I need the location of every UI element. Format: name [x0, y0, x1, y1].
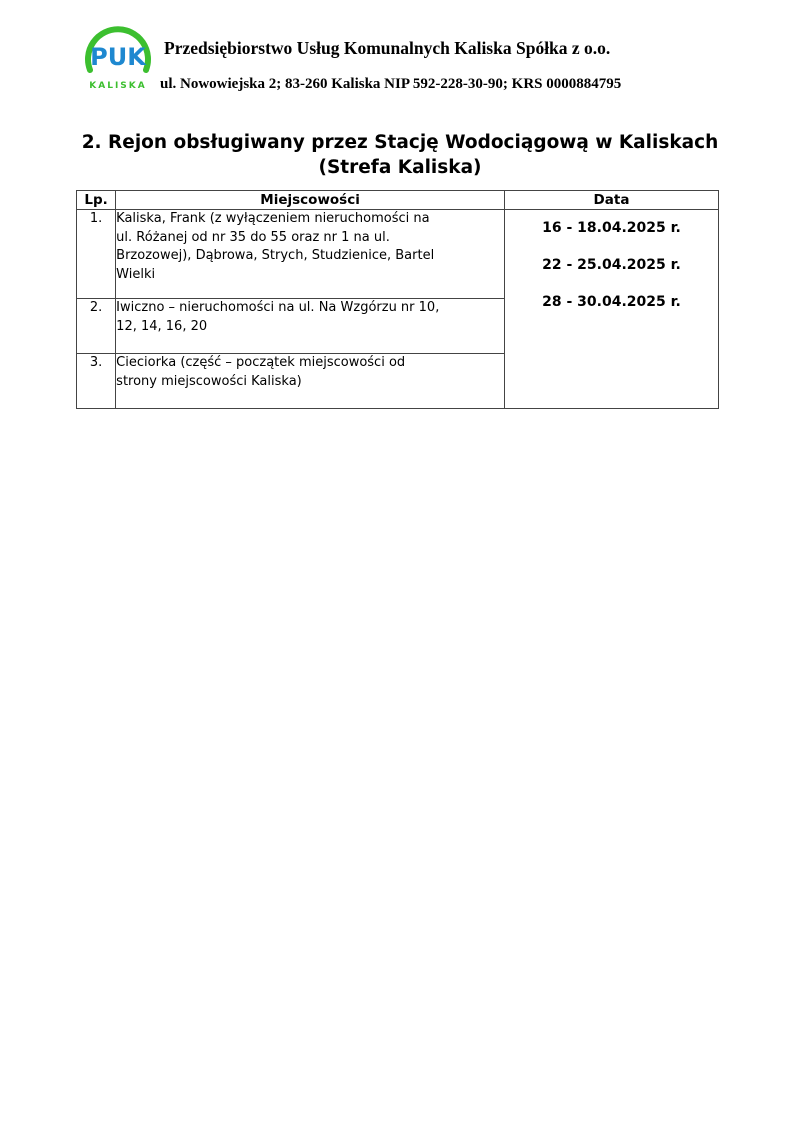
place-line: 12, 14, 16, 20 [116, 318, 504, 337]
place-line: Cieciorka (część – początek miejscowości… [116, 354, 504, 373]
row-number: 2. [77, 299, 116, 354]
schedule-table: Lp. Miejscowości Data 1. Kaliska, Frank … [76, 190, 719, 409]
date-range: 28 - 30.04.2025 r. [505, 284, 718, 321]
place-line: ul. Różanej od nr 35 do 55 oraz nr 1 na … [116, 229, 504, 248]
row-places: Iwiczno – nieruchomości na ul. Na Wzgórz… [116, 299, 505, 354]
table-row: 1. Kaliska, Frank (z wyłączeniem nieruch… [77, 210, 719, 299]
date-range: 22 - 25.04.2025 r. [505, 247, 718, 284]
place-line: strony miejscowości Kaliska) [116, 373, 504, 392]
svg-text:PUK: PUK [90, 43, 147, 71]
section-title: 2. Rejon obsługiwany przez Stację Wodoci… [60, 130, 740, 155]
company-logo: PUK KALISKA [80, 18, 156, 94]
column-header-date: Data [504, 191, 718, 210]
column-header-lp: Lp. [77, 191, 116, 210]
place-line: Wielki [116, 266, 504, 285]
column-header-places: Miejscowości [116, 191, 505, 210]
place-line: Kaliska, Frank (z wyłączeniem nieruchomo… [116, 210, 504, 229]
company-name: Przedsiębiorstwo Usług Komunalnych Kalis… [164, 38, 610, 59]
place-line: Iwiczno – nieruchomości na ul. Na Wzgórz… [116, 299, 504, 318]
row-places: Cieciorka (część – początek miejscowości… [116, 354, 505, 409]
place-line: Brzozowej), Dąbrowa, Strych, Studzienice… [116, 247, 504, 266]
dates-cell: 16 - 18.04.2025 r. 22 - 25.04.2025 r. 28… [504, 210, 718, 409]
row-places: Kaliska, Frank (z wyłączeniem nieruchomo… [116, 210, 505, 299]
puk-logo-icon: PUK KALISKA [80, 18, 156, 94]
row-number: 3. [77, 354, 116, 409]
section-subtitle: (Strefa Kaliska) [60, 155, 740, 180]
date-range: 16 - 18.04.2025 r. [505, 210, 718, 247]
company-address: ul. Nowowiejska 2; 83-260 Kaliska NIP 59… [160, 76, 621, 93]
svg-text:KALISKA: KALISKA [89, 81, 146, 91]
table-header-row: Lp. Miejscowości Data [77, 191, 719, 210]
row-number: 1. [77, 210, 116, 299]
